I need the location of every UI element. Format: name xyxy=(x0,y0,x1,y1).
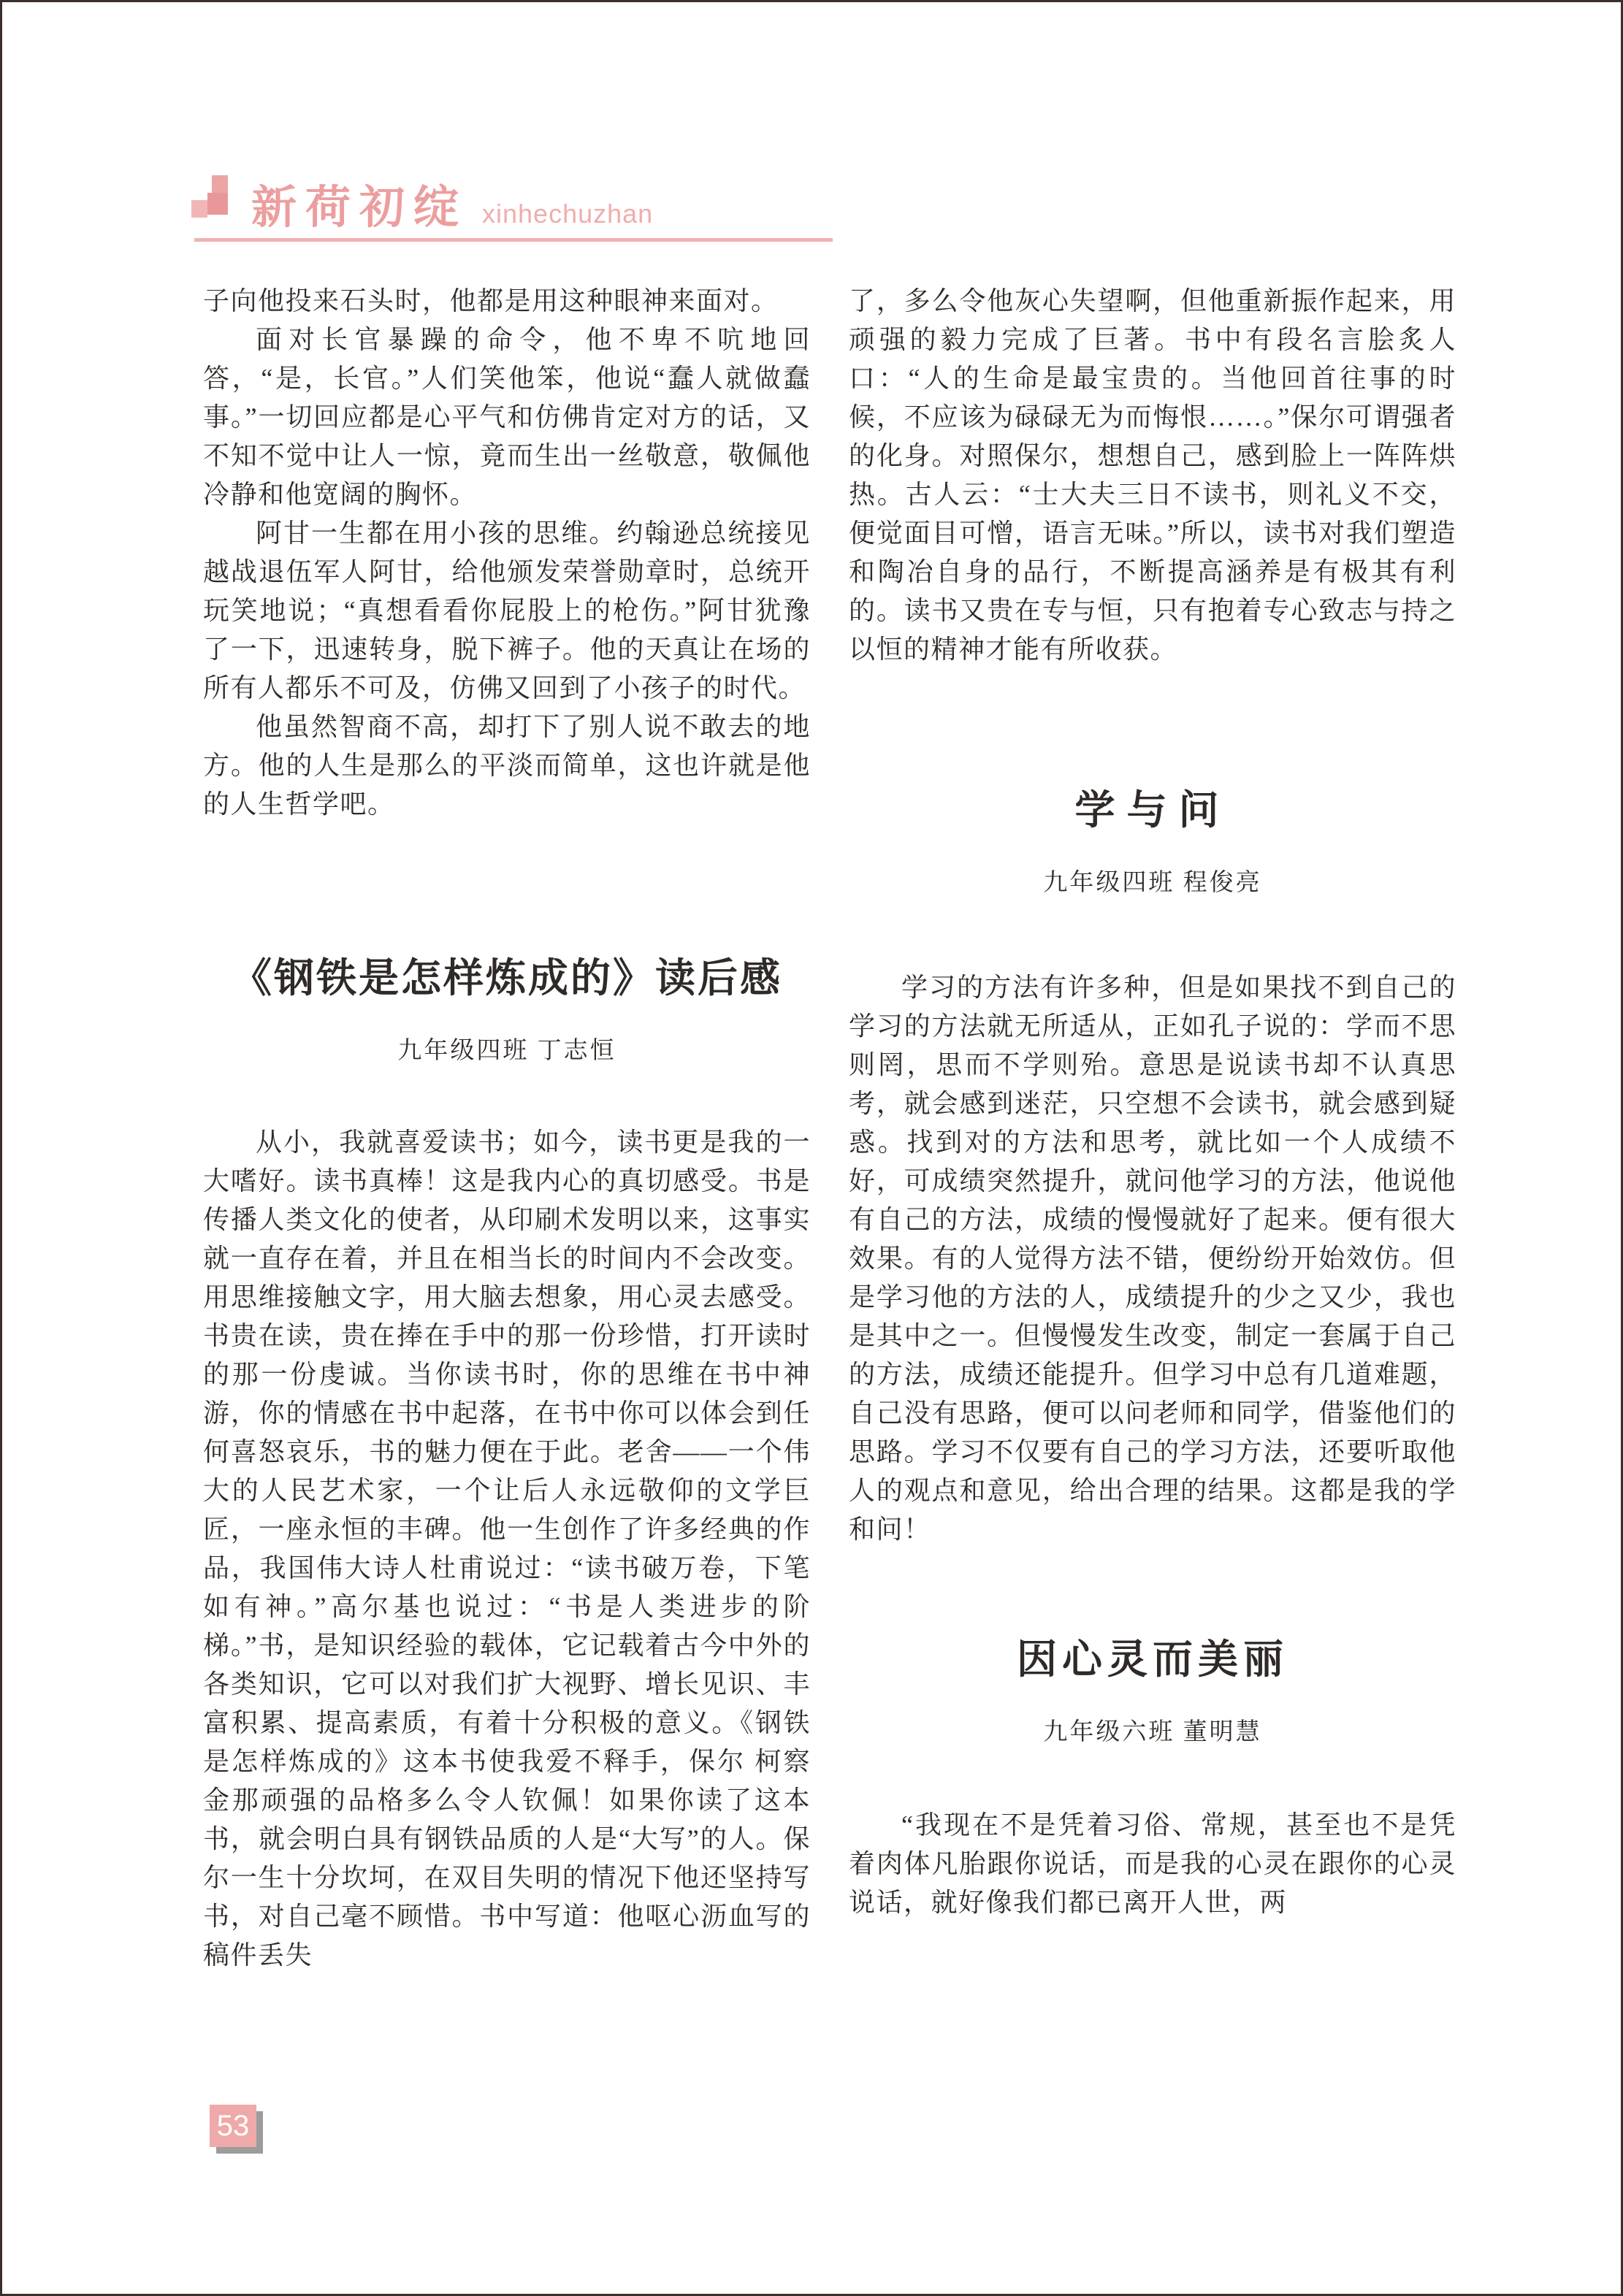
paragraph: 从小，我就喜爱读书；如今，读书更是我的一大嗜好。读书真棒！这是我内心的真切感受。… xyxy=(203,1123,811,1975)
article-title-steel: 《钢铁是怎样炼成的》读后感 xyxy=(203,954,811,1004)
deco-square-icon xyxy=(191,200,207,218)
paragraph: 学习的方法有许多种，但是如果找不到自己的学习的方法就无所适从，正如孔子说的：学而… xyxy=(849,968,1456,1549)
masthead-pinyin: xinhechuzhan xyxy=(482,201,653,231)
masthead: 新荷初绽 xinhechuzhan xyxy=(194,174,833,231)
paragraph: 了，多么令他灰心失望啊，但他重新振作起来，用顽强的毅力完成了巨著。书中有段名言脍… xyxy=(849,282,1456,669)
left-column: 子向他投来石头时，他都是用这种眼神来面对。 面对长官暴躁的命令，他不卑不吭地回答… xyxy=(203,282,811,1975)
header-squares-decoration xyxy=(194,174,245,225)
deco-square-icon xyxy=(207,193,228,215)
paragraph: 阿甘一生都在用小孩的思维。约翰逊总统接见越战退伍军人阿甘，给他颁发荣誉勋章时，总… xyxy=(203,514,811,708)
article-title-xinling: 因心灵而美丽 xyxy=(849,1635,1456,1685)
paragraph: 他虽然智商不高，却打下了别人说不敢去的地方。他的人生是那么的平淡而简单，这也许就… xyxy=(203,708,811,824)
right-column: 了，多么令他灰心失望啊，但他重新振作起来，用顽强的毅力完成了巨著。书中有段名言脍… xyxy=(849,282,1456,1922)
header-rule xyxy=(194,238,833,242)
paragraph: 面对长官暴躁的命令，他不卑不吭地回答，“是，长官。”人们笑他笨，他说“蠢人就做蠢… xyxy=(203,321,811,514)
article-author-steel: 九年级四班 丁志恒 xyxy=(203,1032,811,1071)
paragraph: “我现在不是凭着习俗、常规，甚至也不是凭着肉体凡胎跟你说话，而是我的心灵在跟你的… xyxy=(849,1806,1456,1922)
paragraph: 子向他投来石头时，他都是用这种眼神来面对。 xyxy=(203,282,811,321)
article-author-xinling: 九年级六班 董明慧 xyxy=(849,1713,1456,1752)
page-header: 新荷初绽 xinhechuzhan xyxy=(194,174,833,242)
masthead-title: 新荷初绽 xyxy=(251,185,467,231)
article-title-xuewen: 学与问 xyxy=(849,786,1456,836)
article-author-xuewen: 九年级四班 程俊亮 xyxy=(849,864,1456,903)
deco-square-icon xyxy=(212,175,228,193)
page-number-badge: 53 xyxy=(210,2105,256,2147)
